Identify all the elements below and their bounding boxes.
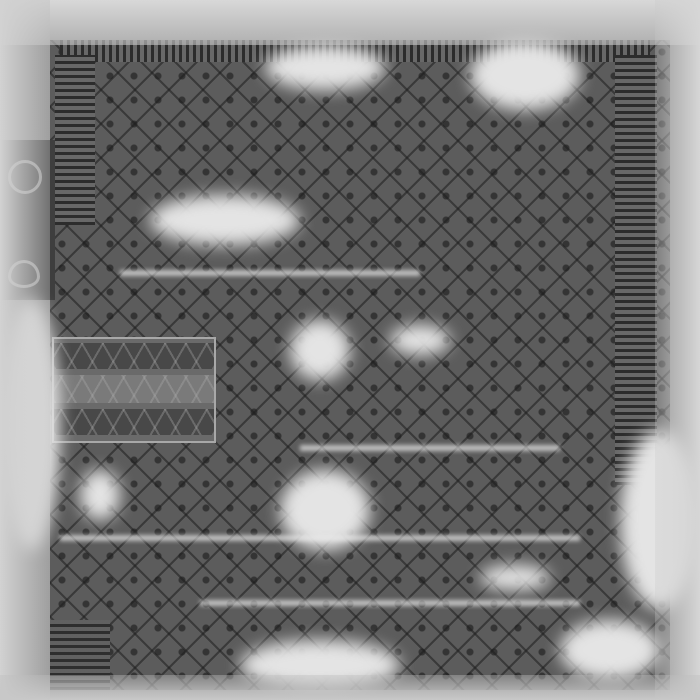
worn-patch (150, 195, 300, 245)
faded-edge (0, 0, 50, 700)
panel-band (54, 343, 214, 369)
worn-patch (470, 40, 580, 110)
wear-streak (60, 535, 580, 541)
striped-inset-panel (52, 337, 216, 443)
wear-streak (120, 270, 420, 276)
left-border (55, 55, 95, 225)
rug-image (0, 0, 700, 700)
faded-edge (0, 0, 700, 45)
wear-streak (200, 600, 580, 606)
worn-patch (80, 470, 120, 520)
right-border (615, 55, 657, 485)
worn-patch (560, 620, 660, 680)
worn-patch (480, 565, 550, 590)
panel-band (54, 409, 214, 435)
worn-patch (290, 320, 350, 380)
panel-band (54, 375, 214, 403)
wear-streak (300, 445, 560, 451)
faded-edge (0, 675, 700, 700)
worn-patch (265, 45, 385, 90)
faded-edge (655, 0, 700, 700)
worn-patch (390, 325, 450, 355)
